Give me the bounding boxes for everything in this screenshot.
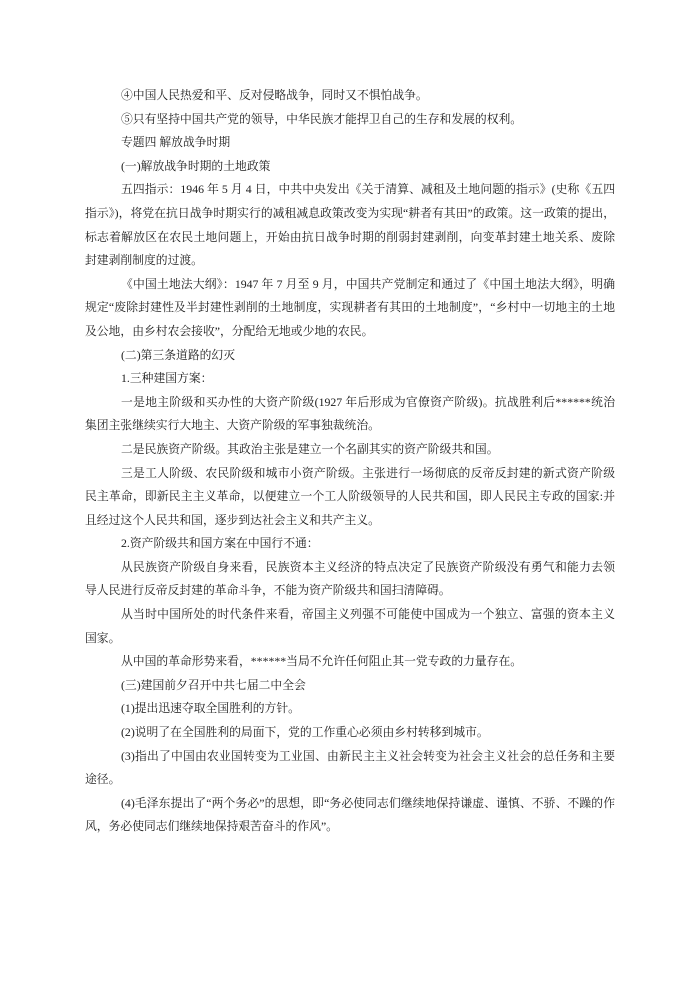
document-body: ④中国人民热爱和平、反对侵略战争，同时又不惧怕战争。⑤只有坚持中国共产党的领导，…	[85, 84, 615, 839]
document-paragraph: (1)提出迅速夺取全国胜利的方针。	[85, 697, 615, 721]
document-paragraph: (三)建国前夕召开中共七届二中全会	[85, 674, 615, 698]
document-paragraph: (一)解放战争时期的土地政策	[85, 155, 615, 179]
document-paragraph: 一是地主阶级和买办性的大资产阶级(1927 年后形成为官僚资产阶级)。抗战胜利后…	[85, 391, 615, 438]
document-page: ④中国人民热爱和平、反对侵略战争，同时又不惧怕战争。⑤只有坚持中国共产党的领导，…	[85, 84, 615, 839]
document-paragraph: 五四指示：1946 年 5 月 4 日，中共中央发出《关于清算、减租及土地问题的…	[85, 178, 615, 272]
document-paragraph: 从当时中国所处的时代条件来看，帝国主义列强不可能使中国成为一个独立、富强的资本主…	[85, 603, 615, 650]
document-paragraph: (2)说明了在全国胜利的局面下，党的工作重心必须由乡村转移到城市。	[85, 721, 615, 745]
document-paragraph: ④中国人民热爱和平、反对侵略战争，同时又不惧怕战争。	[85, 84, 615, 108]
document-paragraph: (4)毛泽东提出了“两个务必”的思想，即“务必使同志们继续地保持谦虚、谨慎、不骄…	[85, 792, 615, 839]
document-paragraph: 三是工人阶级、农民阶级和城市小资产阶级。主张进行一场彻底的反帝反封建的新式资产阶…	[85, 462, 615, 533]
document-paragraph: (3)指出了中国由农业国转变为工业国、由新民主主义社会转变为社会主义社会的总任务…	[85, 745, 615, 792]
document-paragraph: 专题四 解放战争时期	[85, 131, 615, 155]
document-paragraph: 1.三种建国方案：	[85, 367, 615, 391]
document-paragraph: 二是民族资产阶级。其政治主张是建立一个名副其实的资产阶级共和国。	[85, 438, 615, 462]
document-paragraph: ⑤只有坚持中国共产党的领导，中华民族才能捍卫自己的生存和发展的权利。	[85, 108, 615, 132]
document-paragraph: 从中国的革命形势来看，******当局不允许任何阻止其一党专政的力量存在。	[85, 650, 615, 674]
document-paragraph: 2.资产阶级共和国方案在中国行不通：	[85, 532, 615, 556]
document-paragraph: (二)第三条道路的幻灭	[85, 344, 615, 368]
document-paragraph: 《中国土地法大纲》：1947 年 7 月至 9 月，中国共产党制定和通过了《中国…	[85, 273, 615, 344]
document-paragraph: 从民族资产阶级自身来看，民族资本主义经济的特点决定了民族资产阶级没有勇气和能力去…	[85, 556, 615, 603]
